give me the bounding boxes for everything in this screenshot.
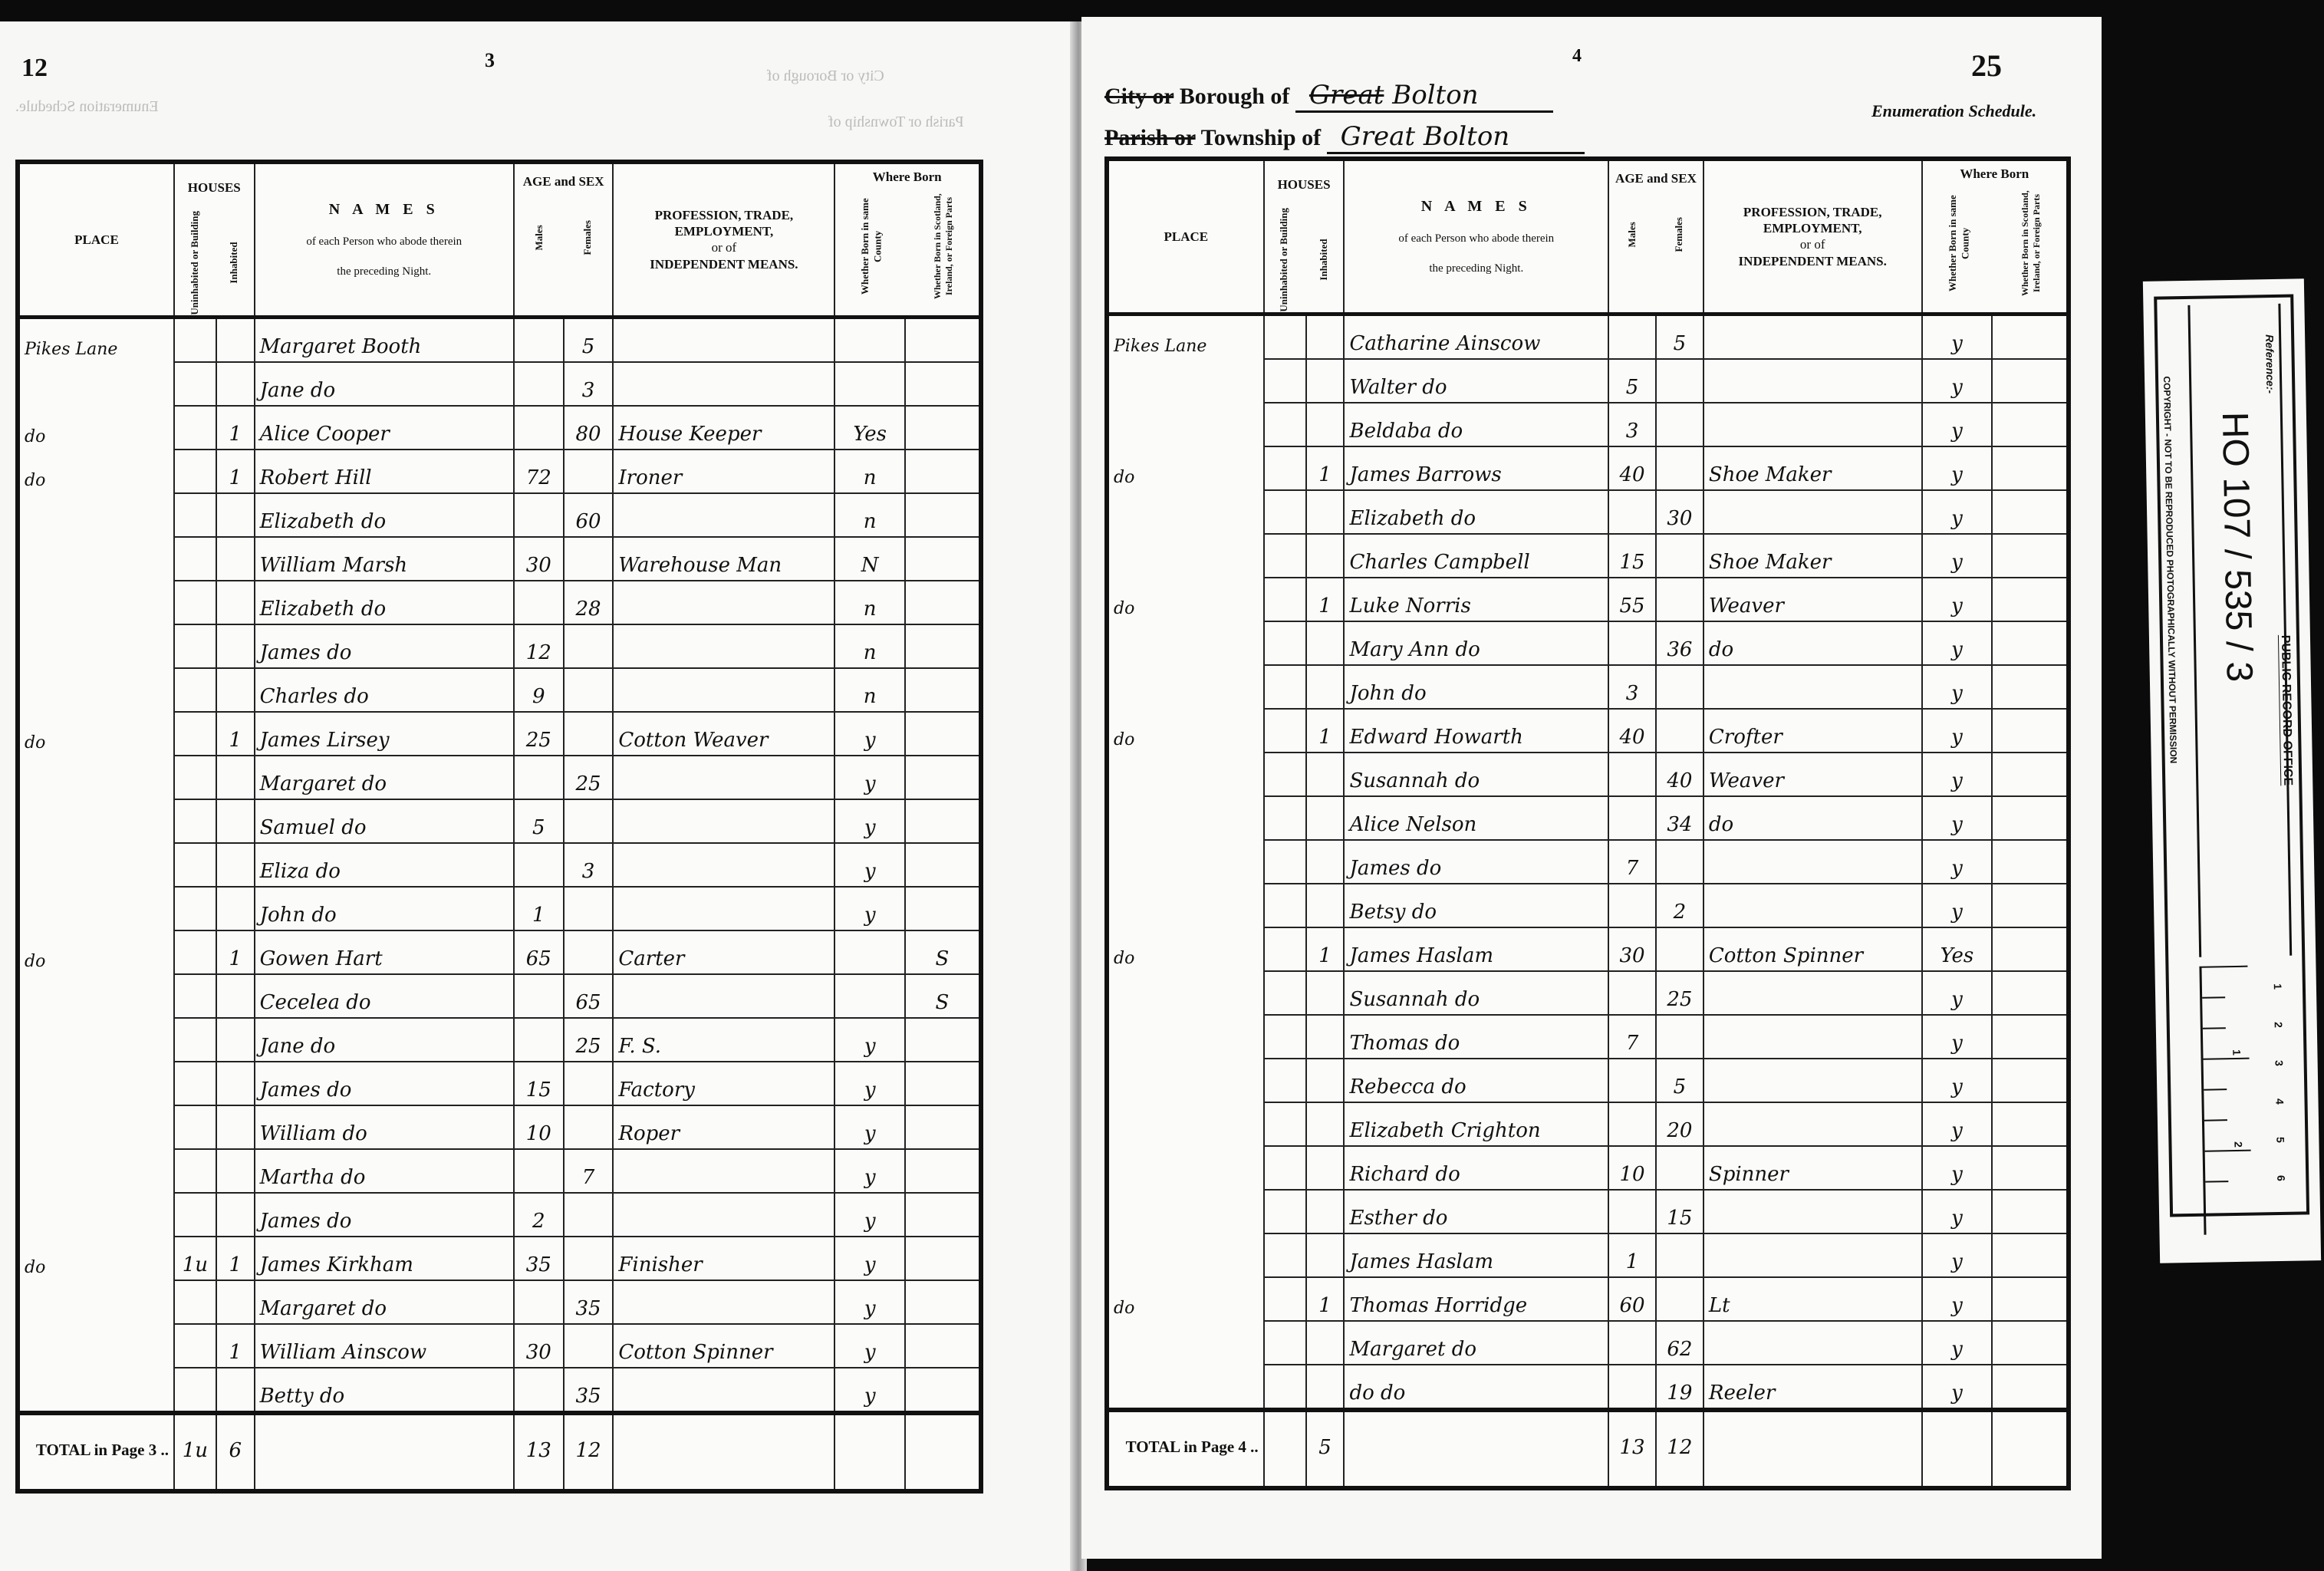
cell-m: [514, 1018, 564, 1062]
cell-place: [1107, 971, 1264, 1015]
cell-place: do: [1107, 446, 1264, 490]
cell-prof: Spinner: [1703, 1146, 1922, 1190]
cell-f: [1656, 1277, 1703, 1321]
total-m: 13: [1608, 1410, 1656, 1488]
cell-name: James Haslam: [1344, 927, 1608, 971]
cell-name: Alice Cooper: [255, 406, 514, 450]
cell-prof: [613, 1149, 834, 1193]
cell-m: [514, 581, 564, 624]
cell-place: [18, 887, 174, 930]
cell-inh: [1306, 1146, 1345, 1190]
cell-inh: 1: [216, 712, 255, 756]
cell-abroad: [1992, 1233, 2069, 1277]
cell-place: [1107, 840, 1264, 884]
cell-m: [1608, 796, 1656, 840]
col-place: PLACE: [18, 162, 174, 317]
cell-prof: [1703, 490, 1922, 534]
cell-f: [1656, 1015, 1703, 1059]
cell-abroad: [905, 317, 981, 362]
cell-county: n: [834, 581, 904, 624]
cell-f: [564, 712, 614, 756]
cell-prof: Carter: [613, 930, 834, 974]
cell-name: Jane do: [255, 362, 514, 406]
cell-county: n: [834, 493, 904, 537]
cell-abroad: [1992, 490, 2069, 534]
cell-county: y: [1922, 534, 1993, 578]
cell-place: [1107, 1365, 1264, 1410]
cell-prof: House Keeper: [613, 406, 834, 450]
cell-f: 2: [1656, 884, 1703, 927]
col-houses: HOUSES Uninhabited or Building Inhabited: [174, 162, 255, 317]
cell-unin: [174, 1280, 216, 1324]
census-row: Elizabeth do30y: [1107, 490, 2069, 534]
cell-prof: [613, 974, 834, 1018]
cell-unin: [1264, 1146, 1306, 1190]
census-row: John do3y: [1107, 665, 2069, 709]
cell-f: 5: [1656, 1059, 1703, 1102]
cell-unin: [1264, 840, 1306, 884]
census-row: do1u1James Kirkham35Finishery: [18, 1237, 981, 1280]
cell-place: [1107, 534, 1264, 578]
cell-m: [1608, 621, 1656, 665]
cell-inh: [1306, 840, 1345, 884]
cell-m: 35: [514, 1237, 564, 1280]
cell-m: [1608, 1102, 1656, 1146]
total-unin: 1u: [174, 1413, 216, 1491]
cell-place: do: [18, 930, 174, 974]
cell-place: [1107, 490, 1264, 534]
census-row: Eliza do3y: [18, 843, 981, 887]
cell-abroad: [905, 537, 981, 581]
folio-number: 25: [1971, 48, 2002, 84]
census-row: Charles do9n: [18, 668, 981, 712]
census-row: Jane do25F. S.y: [18, 1018, 981, 1062]
cell-inh: [1306, 621, 1345, 665]
cell-inh: [216, 843, 255, 887]
cell-inh: [1306, 490, 1345, 534]
cell-county: y: [1922, 1102, 1993, 1146]
cell-county: [834, 974, 904, 1018]
census-row: William Marsh30Warehouse ManN: [18, 537, 981, 581]
cell-name: Walter do: [1344, 359, 1608, 403]
cell-f: [564, 624, 614, 668]
cell-inh: [216, 624, 255, 668]
cell-inh: 1: [1306, 578, 1345, 621]
col-names: N A M E S of each Person who abode there…: [1344, 159, 1608, 314]
cell-inh: 1: [216, 930, 255, 974]
cell-m: [514, 1280, 564, 1324]
cell-place: Pikes Lane: [18, 317, 174, 362]
cell-abroad: [905, 843, 981, 887]
cell-m: [1608, 314, 1656, 359]
cell-f: 30: [1656, 490, 1703, 534]
cell-abroad: S: [905, 930, 981, 974]
cell-inh: [216, 974, 255, 1018]
col-inhabited: Inhabited: [1318, 208, 1330, 312]
cell-prof: [1703, 1102, 1922, 1146]
cell-abroad: [905, 1368, 981, 1413]
col-born-county: Whether Born in same County: [1947, 189, 1972, 297]
cell-name: James do: [255, 1062, 514, 1105]
cell-inh: [1306, 971, 1345, 1015]
cell-prof: [1703, 1321, 1922, 1365]
census-row: do1Thomas Horridge60Lty: [1107, 1277, 2069, 1321]
cell-inh: [216, 668, 255, 712]
cell-county: y: [1922, 446, 1993, 490]
folio-corner: 12: [21, 54, 48, 83]
cell-f: 40: [1656, 753, 1703, 796]
total-inh: 5: [1306, 1410, 1345, 1488]
cell-unin: [174, 537, 216, 581]
cell-county: y: [1922, 490, 1993, 534]
cell-abroad: [905, 406, 981, 450]
cell-place: [1107, 1321, 1264, 1365]
total-empty-cell: [255, 1413, 514, 1491]
cell-unin: [1264, 709, 1306, 753]
cell-unin: [174, 1368, 216, 1413]
cell-f: 65: [564, 974, 614, 1018]
census-row: Walter do5y: [1107, 359, 2069, 403]
cell-unin: [1264, 1277, 1306, 1321]
col-born-county: Whether Born in same County: [859, 193, 884, 300]
cell-f: 25: [1656, 971, 1703, 1015]
cell-inh: [216, 756, 255, 799]
cell-county: y: [834, 1368, 904, 1413]
cell-name: Thomas Horridge: [1344, 1277, 1608, 1321]
cell-m: 15: [514, 1062, 564, 1105]
cell-county: y: [1922, 665, 1993, 709]
total-empty-cell: [834, 1413, 904, 1491]
cell-county: y: [834, 1280, 904, 1324]
cell-place: [1107, 1190, 1264, 1233]
cell-prof: [613, 581, 834, 624]
cell-name: Luke Norris: [1344, 578, 1608, 621]
census-row: Elizabeth do60n: [18, 493, 981, 537]
cell-f: [564, 1324, 614, 1368]
cell-name: Betty do: [255, 1368, 514, 1413]
cell-unin: [174, 317, 216, 362]
census-row: Jane do3: [18, 362, 981, 406]
cell-place: [18, 974, 174, 1018]
total-unin: [1264, 1410, 1306, 1488]
cell-county: y: [834, 712, 904, 756]
cell-unin: [174, 624, 216, 668]
cell-place: [1107, 621, 1264, 665]
census-row: James do15Factoryy: [18, 1062, 981, 1105]
cell-prof: do: [1703, 621, 1922, 665]
cell-place: [18, 581, 174, 624]
cell-m: [514, 1149, 564, 1193]
cell-name: Catharine Ainscow: [1344, 314, 1608, 359]
cell-county: n: [834, 624, 904, 668]
census-row: James do2y: [18, 1193, 981, 1237]
total-f: 12: [1656, 1410, 1703, 1488]
cell-prof: [613, 887, 834, 930]
cell-place: do: [1107, 1277, 1264, 1321]
cell-m: 60: [1608, 1277, 1656, 1321]
cell-county: y: [834, 1018, 904, 1062]
cell-inh: [1306, 753, 1345, 796]
cell-inh: 1: [216, 406, 255, 450]
cell-m: 2: [514, 1193, 564, 1237]
cell-place: [18, 1105, 174, 1149]
cell-place: [18, 493, 174, 537]
cell-unin: [1264, 1102, 1306, 1146]
cell-f: 7: [564, 1149, 614, 1193]
cell-abroad: [905, 450, 981, 493]
cell-abroad: [905, 1018, 981, 1062]
cell-m: [1608, 1321, 1656, 1365]
cell-name: Cecelea do: [255, 974, 514, 1018]
cell-place: [18, 756, 174, 799]
cell-name: James Kirkham: [255, 1237, 514, 1280]
census-row: do1Edward Howarth40Croftery: [1107, 709, 2069, 753]
cell-county: N: [834, 537, 904, 581]
cell-prof: [613, 362, 834, 406]
cell-place: [18, 1018, 174, 1062]
cell-prof: [613, 1368, 834, 1413]
cell-unin: [174, 799, 216, 843]
cell-f: [564, 668, 614, 712]
cell-abroad: [1992, 359, 2069, 403]
cell-abroad: [1992, 840, 2069, 884]
cell-unin: [174, 930, 216, 974]
cell-f: [1656, 1233, 1703, 1277]
cell-m: 30: [514, 1324, 564, 1368]
cell-prof: [613, 668, 834, 712]
cell-abroad: [905, 1105, 981, 1149]
cell-prof: [1703, 1059, 1922, 1102]
cell-county: y: [1922, 1277, 1993, 1321]
cell-name: Samuel do: [255, 799, 514, 843]
cell-m: 1: [1608, 1233, 1656, 1277]
cell-m: 10: [514, 1105, 564, 1149]
cell-inh: [216, 1193, 255, 1237]
cell-county: y: [834, 1062, 904, 1105]
cell-f: [564, 1105, 614, 1149]
col-uninhabited: Uninhabited or Building: [1278, 208, 1290, 312]
cell-name: Elizabeth do: [255, 493, 514, 537]
cell-place: [18, 1324, 174, 1368]
cell-m: 1: [514, 887, 564, 930]
cell-f: [564, 1193, 614, 1237]
cell-f: [1656, 840, 1703, 884]
cell-county: y: [1922, 314, 1993, 359]
cell-unin: [174, 668, 216, 712]
col-names: N A M E S of each Person who abode there…: [255, 162, 514, 317]
cell-m: [1608, 884, 1656, 927]
col-profession: PROFESSION, TRADE, EMPLOYMENT, or of IND…: [613, 162, 834, 317]
cell-inh: 1: [1306, 446, 1345, 490]
cell-abroad: [905, 362, 981, 406]
cell-m: 65: [514, 930, 564, 974]
cell-unin: [174, 712, 216, 756]
cell-m: [1608, 753, 1656, 796]
cell-unin: [1264, 1321, 1306, 1365]
cell-abroad: [1992, 665, 2069, 709]
cell-county: n: [834, 450, 904, 493]
cell-name: Richard do: [1344, 1146, 1608, 1190]
cell-inh: [216, 887, 255, 930]
cell-prof: [1703, 1233, 1922, 1277]
cell-name: Betsy do: [1344, 884, 1608, 927]
census-row: Esther do15y: [1107, 1190, 2069, 1233]
cell-abroad: [1992, 1277, 2069, 1321]
cell-f: [1656, 927, 1703, 971]
cell-inh: [1306, 1233, 1345, 1277]
cell-name: Charles do: [255, 668, 514, 712]
census-row: Margaret do25y: [18, 756, 981, 799]
total-row: TOTAL in Page 4 ..51312: [1107, 1410, 2069, 1488]
cell-abroad: [1992, 621, 2069, 665]
cell-abroad: [1992, 1365, 2069, 1410]
borough-line: City or Borough of Great Bolton: [1104, 80, 1553, 113]
cell-f: 15: [1656, 1190, 1703, 1233]
census-row: Pikes LaneCatharine Ainscow5y: [1107, 314, 2069, 359]
cell-m: [514, 493, 564, 537]
cell-abroad: S: [905, 974, 981, 1018]
cell-county: y: [1922, 1365, 1993, 1410]
cell-m: 55: [1608, 578, 1656, 621]
cell-abroad: [1992, 884, 2069, 927]
cell-f: 35: [564, 1280, 614, 1324]
cell-county: y: [1922, 1233, 1993, 1277]
cell-abroad: [905, 1062, 981, 1105]
cell-f: [1656, 709, 1703, 753]
cell-m: [1608, 1365, 1656, 1410]
census-row: Betty do35y: [18, 1368, 981, 1413]
cell-unin: [1264, 1233, 1306, 1277]
cell-name: James Lirsey: [255, 712, 514, 756]
enumeration-schedule-label: Enumeration Schedule.: [1871, 101, 2036, 121]
cell-inh: [1306, 884, 1345, 927]
cell-prof: Warehouse Man: [613, 537, 834, 581]
col-age-sex: AGE and SEX Males Females: [514, 162, 613, 317]
cell-county: y: [1922, 840, 1993, 884]
cell-county: Yes: [834, 406, 904, 450]
census-row: Beldaba do3y: [1107, 403, 2069, 446]
cell-prof: [1703, 314, 1922, 359]
col-males: Males: [533, 220, 545, 255]
cell-f: [564, 1062, 614, 1105]
cell-prof: [613, 1280, 834, 1324]
cell-m: 5: [514, 799, 564, 843]
cell-inh: [216, 317, 255, 362]
cell-name: Eliza do: [255, 843, 514, 887]
cell-name: John do: [1344, 665, 1608, 709]
cell-place: do: [18, 1237, 174, 1280]
cell-unin: [1264, 796, 1306, 840]
census-row: Richard do10Spinnery: [1107, 1146, 2069, 1190]
cell-f: [564, 930, 614, 974]
cell-name: Charles Campbell: [1344, 534, 1608, 578]
cell-name: Alice Nelson: [1344, 796, 1608, 840]
cell-prof: Cotton Spinner: [1703, 927, 1922, 971]
cell-abroad: [905, 1149, 981, 1193]
cell-unin: [174, 1193, 216, 1237]
cell-f: 36: [1656, 621, 1703, 665]
cell-prof: [1703, 403, 1922, 446]
cell-unin: [174, 450, 216, 493]
cell-f: 60: [564, 493, 614, 537]
cell-abroad: [905, 624, 981, 668]
census-row: do1James Barrows40Shoe Makery: [1107, 446, 2069, 490]
cell-inh: [1306, 1321, 1345, 1365]
cell-inh: 1: [216, 1237, 255, 1280]
cell-name: Jane do: [255, 1018, 514, 1062]
cell-unin: [1264, 359, 1306, 403]
cell-inh: [1306, 359, 1345, 403]
cell-county: Yes: [1922, 927, 1993, 971]
cell-prof: [613, 799, 834, 843]
cell-abroad: [905, 1193, 981, 1237]
cell-place: [1107, 1146, 1264, 1190]
census-row: 1William Ainscow30Cotton Spinnery: [18, 1324, 981, 1368]
total-empty-cell: [905, 1413, 981, 1491]
cell-prof: Reeler: [1703, 1365, 1922, 1410]
cell-unin: [1264, 665, 1306, 709]
cell-unin: [174, 406, 216, 450]
total-empty-cell: [1922, 1410, 1993, 1488]
cell-unin: [1264, 1190, 1306, 1233]
cell-f: [1656, 1146, 1703, 1190]
cell-place: do: [18, 406, 174, 450]
cell-unin: [174, 1018, 216, 1062]
cell-name: Elizabeth Crighton: [1344, 1102, 1608, 1146]
census-row: James do12n: [18, 624, 981, 668]
cell-prof: Cotton Spinner: [613, 1324, 834, 1368]
cell-inh: [216, 1018, 255, 1062]
census-row: Samuel do5y: [18, 799, 981, 843]
reference-number: HO 107 / 535 / 3: [2214, 411, 2260, 682]
cell-prof: F. S.: [613, 1018, 834, 1062]
cell-name: John do: [255, 887, 514, 930]
cell-m: 30: [514, 537, 564, 581]
cell-place: [1107, 884, 1264, 927]
cell-unin: [1264, 490, 1306, 534]
total-label: TOTAL in Page 3 ..: [18, 1413, 174, 1491]
cell-prof: [1703, 840, 1922, 884]
cell-inh: [1306, 1365, 1345, 1410]
cell-unin: [174, 493, 216, 537]
cell-name: Esther do: [1344, 1190, 1608, 1233]
cell-county: y: [834, 756, 904, 799]
cell-name: Martha do: [255, 1149, 514, 1193]
census-table-right: PLACE HOUSES Uninhabited or Building Inh…: [1104, 156, 2071, 1490]
census-row: do1Luke Norris55Weavery: [1107, 578, 2069, 621]
cell-m: 12: [514, 624, 564, 668]
cell-place: [1107, 796, 1264, 840]
cell-name: Margaret do: [255, 1280, 514, 1324]
col-profession: PROFESSION, TRADE, EMPLOYMENT, or of IND…: [1703, 159, 1922, 314]
cell-unin: [174, 1062, 216, 1105]
cell-prof: Ironer: [613, 450, 834, 493]
cell-county: y: [1922, 1059, 1993, 1102]
cell-county: y: [1922, 1321, 1993, 1365]
cell-place: [18, 1280, 174, 1324]
cell-m: 7: [1608, 840, 1656, 884]
cell-place: [18, 668, 174, 712]
cell-f: 5: [564, 317, 614, 362]
cell-unin: [174, 974, 216, 1018]
cell-prof: [1703, 1190, 1922, 1233]
page-number: 4: [1572, 46, 1582, 67]
cell-f: [564, 450, 614, 493]
cell-place: [1107, 1102, 1264, 1146]
total-empty-cell: [1344, 1410, 1608, 1488]
cell-inh: [216, 1280, 255, 1324]
cell-m: [514, 756, 564, 799]
